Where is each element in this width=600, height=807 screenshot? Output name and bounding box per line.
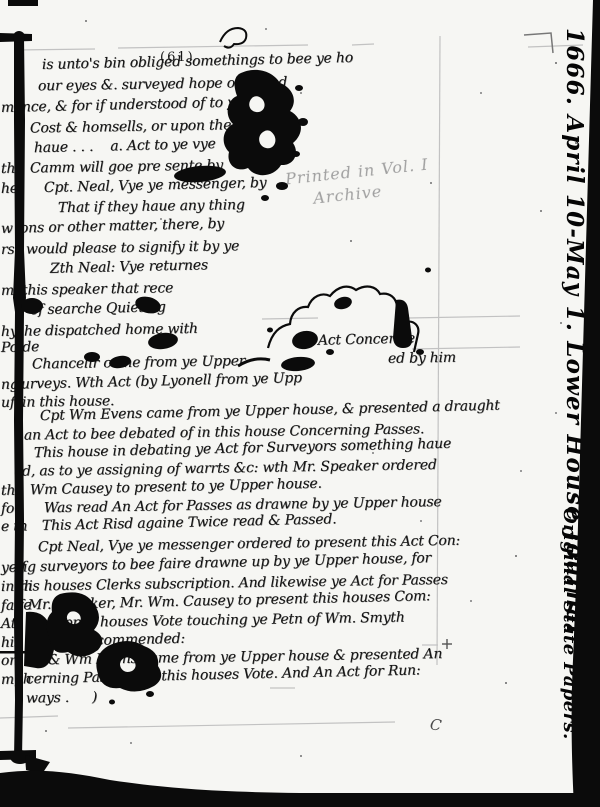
scanned-manuscript-page: (61) Printed in Vol. I Archive is unto's… — [0, 0, 600, 807]
binding-bar — [0, 31, 55, 774]
ink-blot-torn-edge — [238, 268, 431, 373]
scan-border-right — [572, 0, 600, 807]
ink-blot-top-cluster — [220, 28, 308, 201]
scan-artifacts-layer — [0, 0, 600, 807]
scan-border-bottom — [0, 771, 600, 807]
ink-blot-bottom-cluster — [46, 592, 161, 704]
ink-smear-words — [84, 164, 227, 370]
ink-curl-mark — [220, 28, 246, 48]
scan-border-top-mark — [8, 0, 38, 6]
